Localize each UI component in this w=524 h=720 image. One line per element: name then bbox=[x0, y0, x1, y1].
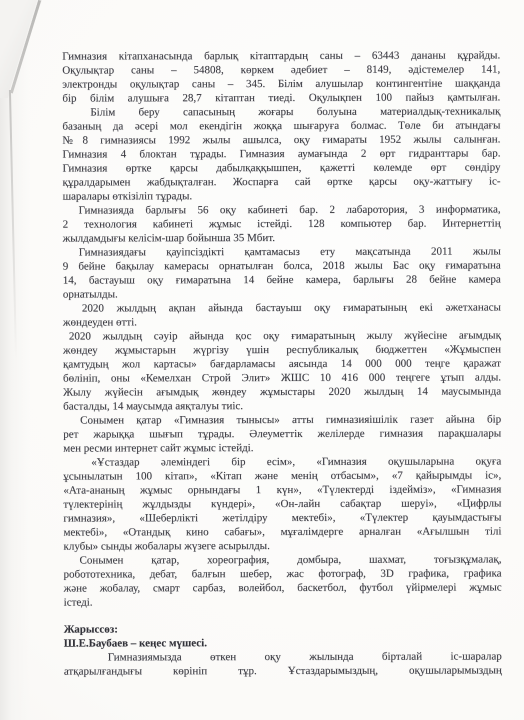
text-line: 2 технология кабинеті жұмыс істейді. 128… bbox=[63, 216, 501, 231]
text-line: робототехника, дебат, балғын шебер, жас … bbox=[64, 566, 502, 581]
text-line: құралдарымен жабдықталған. Жоспарға сай … bbox=[63, 174, 501, 189]
text-line: Гимназия кітапханасында барлық кітаптард… bbox=[62, 48, 500, 63]
text-line: істеді. bbox=[64, 594, 502, 609]
text-line: 2020 жылдың сәуір айында қос оқу ғимарат… bbox=[63, 328, 501, 343]
text-line: базаның да әсері мол екендігін жоққа шығ… bbox=[62, 118, 500, 133]
text-line: басталды, 14 маусымда аяқталуы тиіс. bbox=[63, 398, 501, 413]
text-line: орнатылды. bbox=[63, 286, 501, 301]
text-line: жылдамдығы келісім-шар бойынша 35 Мбит. bbox=[63, 230, 501, 245]
text-line: 9 бейне бақылау камерасы орнатылған болс… bbox=[63, 258, 501, 273]
text-line: Гимназия өртке қарсы дабылқаққышпен, қаж… bbox=[62, 160, 500, 175]
text-line: шаралары өткізіліп тұрады. bbox=[63, 188, 501, 203]
text-line: Білім беру сапасының жоғары болуына мате… bbox=[62, 104, 500, 119]
text-line: Гимназиямызда өткен оқу жылында бірталай… bbox=[64, 649, 502, 664]
body-paragraph: 2020 жылдың сәуір айында қос оқу ғимарат… bbox=[63, 328, 501, 413]
text-line: қамтудың жол картасы» бағдарламасы аясын… bbox=[63, 356, 501, 371]
text-line: Сонымен қатар «Гимназия тынысы» атты гим… bbox=[63, 412, 501, 427]
text-line: Ш.Е.Баубаев – кеңес мүшесі. bbox=[64, 635, 502, 650]
text-line: жөндеу жұмыстарын жүргізу үшін республик… bbox=[63, 342, 501, 357]
text-line: рет жарыққа шығып тұрады. Әлеуметтік жел… bbox=[63, 426, 501, 441]
body-paragraph: Гимназиямызда өткен оқу жылында бірталай… bbox=[64, 649, 502, 678]
text-line: мен ресми интернет сайт жұмыс істейді. bbox=[63, 440, 501, 455]
text-line: гимназия», «Шеберлікті жетілдіру мектебі… bbox=[63, 510, 501, 525]
text-line: Гимназиядағы қауіпсіздікті қамтамасыз ет… bbox=[63, 244, 501, 259]
body-paragraph: 2020 жылдың ақпан айында бастауыш оқу ғи… bbox=[63, 300, 501, 329]
body-paragraph: «Ұстаздар әлеміндегі бір есім», «Гимнази… bbox=[63, 454, 501, 553]
body-paragraph: Сонымен қатар, хореография, домбыра, шах… bbox=[63, 552, 501, 609]
text-line: Гимназияда барлығы 56 оқу кабинеті бар. … bbox=[63, 202, 501, 217]
text-line: 14, бастауыш оқу ғимаратына 14 бейне кам… bbox=[63, 272, 501, 287]
text-line: «Ұстаздар әлеміндегі бір есім», «Гимнази… bbox=[63, 454, 501, 469]
heading-paragraph: Ш.Е.Баубаев – кеңес мүшесі. bbox=[64, 635, 502, 650]
page-crease-vertical bbox=[8, 90, 16, 360]
text-line: 2020 жылдың ақпан айында бастауыш оқу ғи… bbox=[63, 300, 501, 315]
text-line: клубы» сынды жобалары жүзеге асырылды. bbox=[63, 538, 501, 553]
heading-paragraph: Жарыссөз: bbox=[64, 621, 502, 636]
text-line: №8 гимназиясы 1992 жылы ашылса, оқу ғима… bbox=[62, 132, 500, 147]
document-text: Гимназия кітапханасында барлық кітаптард… bbox=[62, 48, 502, 678]
text-line: түлектерінің жұлдызды күндері», «Он-лайн… bbox=[63, 496, 501, 511]
text-line: Оқулықтар саны – 54808, көркем әдебиет –… bbox=[62, 62, 500, 77]
text-line: Жылу жүйесін ағымдық жөндеу жұмыстары 20… bbox=[63, 384, 501, 399]
text-line: «Ата-ананың жұмыс орнындағы 1 күн», «Түл… bbox=[63, 482, 501, 497]
text-line: және жобалау, смарт сарбаз, волейбол, ба… bbox=[64, 580, 502, 595]
text-line: бөлініп, оны «Кемелхан Строй Элит» ЖШС 1… bbox=[63, 370, 501, 385]
scanned-page: Гимназия кітапханасында барлық кітаптард… bbox=[0, 0, 524, 720]
body-paragraph: Гимназия кітапханасында барлық кітаптард… bbox=[62, 48, 500, 105]
body-paragraph: Білім беру сапасының жоғары болуына мате… bbox=[62, 104, 500, 203]
text-line: жөндеуден өтті. bbox=[63, 314, 501, 329]
text-line: мектебі», «Отандық кино сабағы», мұғалім… bbox=[63, 524, 501, 539]
text-line: бір білім алушыға 28,7 кітаптан тиеді. О… bbox=[62, 90, 500, 105]
body-paragraph: Гимназияда барлығы 56 оқу кабинеті бар. … bbox=[63, 202, 501, 245]
text-line: Гимназия 4 блоктан тұрады. Гимназия аума… bbox=[62, 146, 500, 161]
text-line: ұсынылатын 100 кітап», «Кітап және менің… bbox=[63, 468, 501, 483]
body-paragraph: Сонымен қатар «Гимназия тынысы» атты гим… bbox=[63, 412, 501, 455]
text-line: атқарылғандығы көрініп тұр. Ұстаздарымыз… bbox=[64, 663, 502, 678]
text-line: Жарыссөз: bbox=[64, 621, 502, 636]
text-line: Сонымен қатар, хореография, домбыра, шах… bbox=[63, 552, 501, 567]
text-line: электронды оқулықтар саны – 345. Білім а… bbox=[62, 76, 500, 91]
body-paragraph: Гимназиядағы қауіпсіздікті қамтамасыз ет… bbox=[63, 244, 501, 301]
